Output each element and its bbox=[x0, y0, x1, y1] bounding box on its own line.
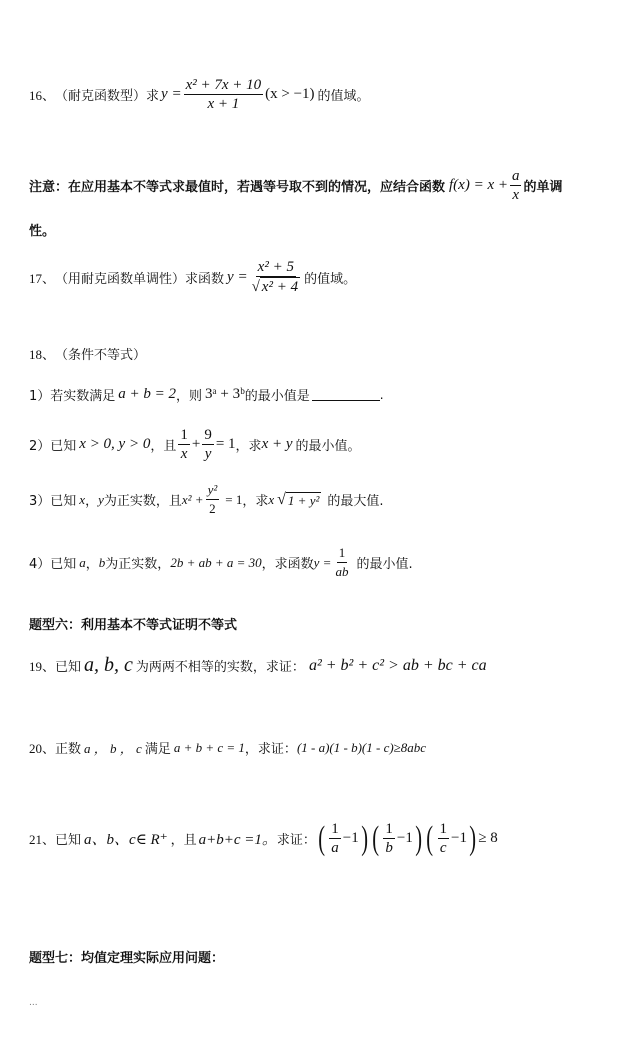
lhs: y = bbox=[227, 269, 248, 286]
note-suffix: 的单调 bbox=[523, 176, 562, 195]
problem-number: 16、 bbox=[29, 85, 55, 104]
fraction: x² + 7x + 10 x + 1 bbox=[184, 76, 264, 113]
problem-18-2: 2）已知 x > 0, y > 0 ，且 1x + 9y = 1 ，求 x + … bbox=[29, 426, 361, 463]
lhs: y = bbox=[161, 86, 182, 103]
note: 注意：在应用基本不等式求最值时，若遇等号取不到的情况，应结合函数 f(x) = … bbox=[29, 167, 563, 204]
tail-text: 的值域。 bbox=[304, 268, 356, 287]
section-6-heading: 题型六：利用基本不等式证明不等式 bbox=[29, 614, 237, 633]
problem-18-1: 1）若实数满足 a + b = 2 ，则 3ᵃ + 3ᵇ 的最小值是 . bbox=[29, 385, 384, 404]
section-7-heading: 题型七：均值定理实际应用问题： bbox=[29, 947, 224, 966]
note-text: 注意：在应用基本不等式求最值时，若遇等号取不到的情况，应结合函数 bbox=[29, 176, 445, 195]
problem-tag: （耐克函数型）求 bbox=[55, 85, 159, 104]
problem-17: 17、 （用耐克函数单调性）求函数 y = x² + 5 √x² + 4 的值域… bbox=[29, 258, 356, 296]
tail-text: 的值域。 bbox=[318, 85, 370, 104]
problem-20: 20、 正数 a ， b ， c 满足 a + b + c = 1 ，求证： (… bbox=[29, 738, 426, 757]
problem-number: 17、 bbox=[29, 268, 55, 287]
function-expr: f(x) = x + bbox=[449, 177, 508, 194]
problem-18-4: 4）已知 a ， b 为正实数， 2b + ab + a = 30 ，求函数 y… bbox=[29, 544, 413, 581]
note-line-2: 性。 bbox=[29, 220, 55, 239]
problem-16: 16、 （耐克函数型）求 y = x² + 7x + 10 x + 1 (x >… bbox=[29, 76, 370, 113]
answer-blank[interactable] bbox=[312, 388, 380, 401]
sqrt: √1 + y² bbox=[277, 491, 321, 509]
fraction: a x bbox=[510, 167, 522, 204]
fraction: x² + 5 √x² + 4 bbox=[250, 258, 303, 296]
problem-tag: （用耐克函数单调性）求函数 bbox=[55, 268, 224, 287]
condition: (x > −1) bbox=[265, 86, 314, 103]
sqrt: √x² + 4 bbox=[252, 277, 301, 296]
problem-18-3: 3）已知 x ， y 为正实数，且 x² + y²2 = 1 ，求 x √1 +… bbox=[29, 481, 384, 518]
ellipsis: ... bbox=[29, 998, 38, 1008]
problem-19: 19、 已知 a, b, c 为两两不相等的实数，求证： a² + b² + c… bbox=[29, 654, 487, 677]
problem-18: 18、 （条件不等式） bbox=[29, 344, 146, 363]
problem-21: 21、 已知 a、b、c∈ R⁺ ，且 a+b+c =1。 求证： ( 1a −… bbox=[29, 820, 498, 857]
